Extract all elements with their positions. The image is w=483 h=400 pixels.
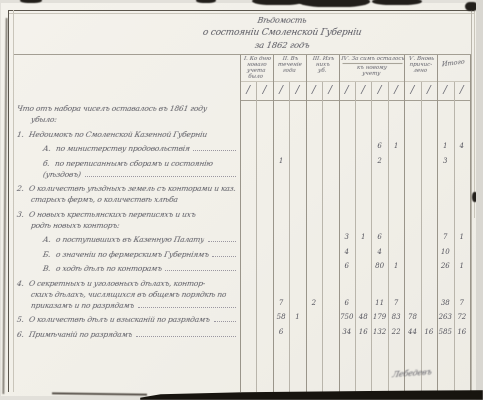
table-cell-value: 16 <box>355 328 371 336</box>
column-group-header: ІІ. Вътеченіегода <box>273 56 307 81</box>
row-line: В.о ходѣ дѣлъ по конторамъ <box>43 262 239 273</box>
table-row: В.о ходѣ дѣлъ по конторамъ <box>43 262 239 273</box>
subcolumn-mark: ∕ <box>404 83 420 99</box>
row-text: О количествѣ дѣлъ и взысканій по разряда… <box>28 315 210 324</box>
table-cell-value: 16 <box>454 328 470 336</box>
table-cell-value: 38 <box>437 299 453 307</box>
column-group-label: уб. <box>306 68 338 74</box>
row-text: О секретныхъ и уголовныхъ дѣлахъ, контор… <box>28 279 206 288</box>
table-row: 2.О количествѣ уѣздныхъ земель съ контор… <box>17 182 239 204</box>
row-text: Что отъ набора чиселъ оставалось въ 1861… <box>16 104 207 113</box>
column-group-header: І. Ко днюновагоучетабыло <box>240 56 274 81</box>
table-cell-value: 4 <box>454 142 470 150</box>
dotted-leader <box>165 270 236 271</box>
table-cell-value: 750 <box>339 313 355 321</box>
table-cell-value: 22 <box>388 328 404 336</box>
row-line: А.по министерству продовольствія <box>43 142 239 153</box>
row-text: (уѣздовъ) <box>42 170 81 179</box>
row-text: приказамъ и по разрядамъ <box>30 301 135 310</box>
title-line-2: о состояніи Смоленской Губерніи <box>121 27 443 40</box>
table-cell-value: 7 <box>273 299 289 307</box>
table-cell-value: 2 <box>306 299 322 307</box>
dotted-leader <box>212 256 236 257</box>
table-cell-value: 10 <box>437 248 453 256</box>
table-cell-value: 34 <box>339 328 355 336</box>
row-line: б.по переписаннымъ сборамъ и состоянію <box>43 157 239 168</box>
dotted-leader <box>193 150 236 151</box>
dotted-leader <box>85 176 236 177</box>
subcolumn-mark: ∕ <box>273 83 289 99</box>
table-cell-value: 2 <box>371 157 387 165</box>
scan-right-margin <box>476 0 483 400</box>
table-cell-value: 26 <box>437 262 453 270</box>
table-cell-value: 6 <box>371 233 387 241</box>
table-cell-value: 6 <box>339 262 355 270</box>
table-cell-value: 6 <box>273 328 289 336</box>
table-cell-value: 3 <box>437 157 453 165</box>
subcolumn-mark: ∕ <box>437 83 453 99</box>
row-list: Что отъ набора чиселъ оставалось въ 1861… <box>17 102 239 342</box>
row-line: старыхъ фермъ, о количествѣ хлѣба <box>17 193 239 204</box>
row-line: 4.О секретныхъ и уголовныхъ дѣлахъ, конт… <box>17 277 239 288</box>
table-cell-value: 585 <box>437 328 453 336</box>
table-cell-value: 1 <box>437 142 453 150</box>
table-row: 3.О новыхъ крестьянскихъ переписяхъ и их… <box>17 208 239 230</box>
dotted-leader <box>136 336 236 337</box>
row-text: о значеніи по фермерскимъ Губерніямъ <box>55 250 209 259</box>
column-group-sublabel: учету <box>339 71 403 77</box>
row-line: 2.О количествѣ уѣздныхъ земель съ контор… <box>17 182 239 193</box>
row-text: Примѣчаній по разрядамъ <box>28 330 133 339</box>
scan-smudge <box>196 0 216 3</box>
table-cell-value: 4 <box>371 248 387 256</box>
subcolumn-mark: ∕ <box>454 83 470 99</box>
row-line: родѣ новыхъ конторъ: <box>17 219 239 230</box>
scan-smudge <box>372 0 422 5</box>
row-line: (уѣздовъ) <box>43 168 239 179</box>
table-row: 6.Примѣчаній по разрядамъ <box>17 328 239 339</box>
row-text: о ходѣ дѣлъ по конторамъ <box>55 264 162 273</box>
row-line: 1.Недоимокъ по Смоленской Казенной Губер… <box>17 128 239 139</box>
table-cell-value: 4 <box>339 248 355 256</box>
dotted-leader <box>208 241 236 242</box>
table-cell-value: 11 <box>371 299 387 307</box>
table-row: Что отъ набора чиселъ оставалось въ 1861… <box>17 102 239 124</box>
table-cell-value: 1 <box>454 233 470 241</box>
row-text: по переписаннымъ сборамъ и состоянію <box>54 159 213 168</box>
row-number: 1. <box>16 130 24 139</box>
row-number: В. <box>42 264 51 273</box>
row-text: о поступившихъ въ Казенную Палату <box>55 235 205 244</box>
scan-smudge <box>20 0 42 3</box>
row-text: О новыхъ крестьянскихъ переписяхъ и ихъ <box>28 210 196 219</box>
subcolumn-mark: ∕ <box>371 83 387 99</box>
row-text: скихъ дѣлахъ, числящихся въ общемъ поряд… <box>30 290 227 299</box>
row-text: О количествѣ уѣздныхъ земель съ конторам… <box>28 184 236 193</box>
subcolumn-mark: ∕ <box>421 83 437 99</box>
scanned-ledger-page: Вѣдомость о состояніи Смоленской Губерні… <box>0 0 483 400</box>
row-number: 6. <box>16 330 24 339</box>
table-row: Б.о значеніи по фермерскимъ Губерніямъ <box>43 248 239 259</box>
column-group-header: ІѴ. За симъ осталоськъ новомуучету <box>338 56 404 81</box>
row-text: по министерству продовольствія <box>55 144 190 153</box>
row-line: убыло: <box>17 113 239 124</box>
scan-smudge <box>252 0 304 5</box>
table-cell-value: 78 <box>404 313 420 321</box>
row-line: 5.О количествѣ дѣлъ и взысканій по разря… <box>17 313 239 324</box>
table-cell-value: 1 <box>454 262 470 270</box>
row-text: старыхъ фермъ, о количествѣ хлѣба <box>30 195 178 204</box>
row-line: Что отъ набора чиселъ оставалось въ 1861… <box>17 102 239 113</box>
row-text: Недоимокъ по Смоленской Казенной Губерні… <box>28 130 207 139</box>
column-group-label: года <box>273 68 305 74</box>
table-cell-value: 1 <box>273 157 289 165</box>
dotted-leader <box>138 307 236 308</box>
table-cell-value: 6 <box>371 142 387 150</box>
document-title: Вѣдомость о состояніи Смоленской Губерні… <box>122 14 442 53</box>
row-text: убыло: <box>30 115 57 124</box>
table-cell-value: 179 <box>371 313 387 321</box>
table-row: б.по переписаннымъ сборамъ и состоянію(у… <box>43 157 239 179</box>
subcolumn-mark: ∕ <box>256 83 272 99</box>
table-row: А.по министерству продовольствія <box>43 142 239 153</box>
title-line-1: Вѣдомость <box>121 14 443 27</box>
row-number: б. <box>42 159 50 168</box>
table-row: 4.О секретныхъ и уголовныхъ дѣлахъ, конт… <box>17 277 239 310</box>
row-line: А.о поступившихъ въ Казенную Палату <box>43 233 239 244</box>
table-cell-value: 6 <box>339 299 355 307</box>
subcolumn-mark: ∕ <box>388 83 404 99</box>
row-line: скихъ дѣлахъ, числящихся въ общемъ поряд… <box>17 288 239 299</box>
dotted-leader <box>214 321 236 322</box>
column-group-label: лено <box>405 68 437 74</box>
table-cell-value: 58 <box>273 313 289 321</box>
table-cell-value: 1 <box>388 142 404 150</box>
row-line: 3.О новыхъ крестьянскихъ переписяхъ и их… <box>17 208 239 219</box>
column-group-header: ІІІ. Изънихъуб. <box>305 56 339 81</box>
column-group-label: было <box>240 74 272 80</box>
row-line: 6.Примѣчаній по разрядамъ <box>17 328 239 339</box>
table-cell-value: 3 <box>339 233 355 241</box>
table-cell-value: 16 <box>421 328 437 336</box>
subcolumn-mark: ∕ <box>322 83 338 99</box>
row-number: 4. <box>16 279 24 288</box>
row-line: Б.о значеніи по фермерскимъ Губерніямъ <box>43 248 239 259</box>
table-cell-value: 1 <box>355 233 371 241</box>
subcolumn-mark: ∕ <box>240 83 256 99</box>
scan-smudge <box>298 0 370 7</box>
table-cell-value: 44 <box>404 328 420 336</box>
table-cell-value: 7 <box>454 299 470 307</box>
table-cell-value: 7 <box>437 233 453 241</box>
table-cell-value: 48 <box>355 313 371 321</box>
row-number: 2. <box>16 184 24 193</box>
table-row: А.о поступившихъ въ Казенную Палату <box>43 233 239 244</box>
subcolumn-mark: ∕ <box>306 83 322 99</box>
table-row: 5.О количествѣ дѣлъ и взысканій по разря… <box>17 313 239 324</box>
table-cell-value: 83 <box>388 313 404 321</box>
column-group-label: ІѴ. За симъ осталось <box>340 56 404 62</box>
table-cell-value: 263 <box>437 313 453 321</box>
row-line: приказамъ и по разрядамъ <box>17 299 239 310</box>
row-text: родѣ новыхъ конторъ: <box>30 221 120 230</box>
table-cell-value: 7 <box>388 299 404 307</box>
row-number: А. <box>42 144 51 153</box>
table-row: 1.Недоимокъ по Смоленской Казенной Губер… <box>17 128 239 139</box>
column-group-header: Ѵ. Вновьпричис-лено <box>404 56 438 81</box>
row-number: Б. <box>42 250 51 259</box>
subcolumn-mark: ∕ <box>339 83 355 99</box>
table-cell-value: 1 <box>289 313 305 321</box>
table-cell-value: 1 <box>388 262 404 270</box>
row-number: А. <box>42 235 51 244</box>
table-cell-value: 132 <box>371 328 387 336</box>
row-number: 5. <box>16 315 24 324</box>
group-sub-divider <box>342 63 402 64</box>
row-number: 3. <box>16 210 24 219</box>
table-cell-value: 80 <box>371 262 387 270</box>
subcolumn-mark: ∕ <box>355 83 371 99</box>
subcolumn-mark: ∕ <box>289 83 305 99</box>
table-cell-value: 72 <box>454 313 470 321</box>
title-line-3: за 1862 годъ <box>121 40 443 53</box>
